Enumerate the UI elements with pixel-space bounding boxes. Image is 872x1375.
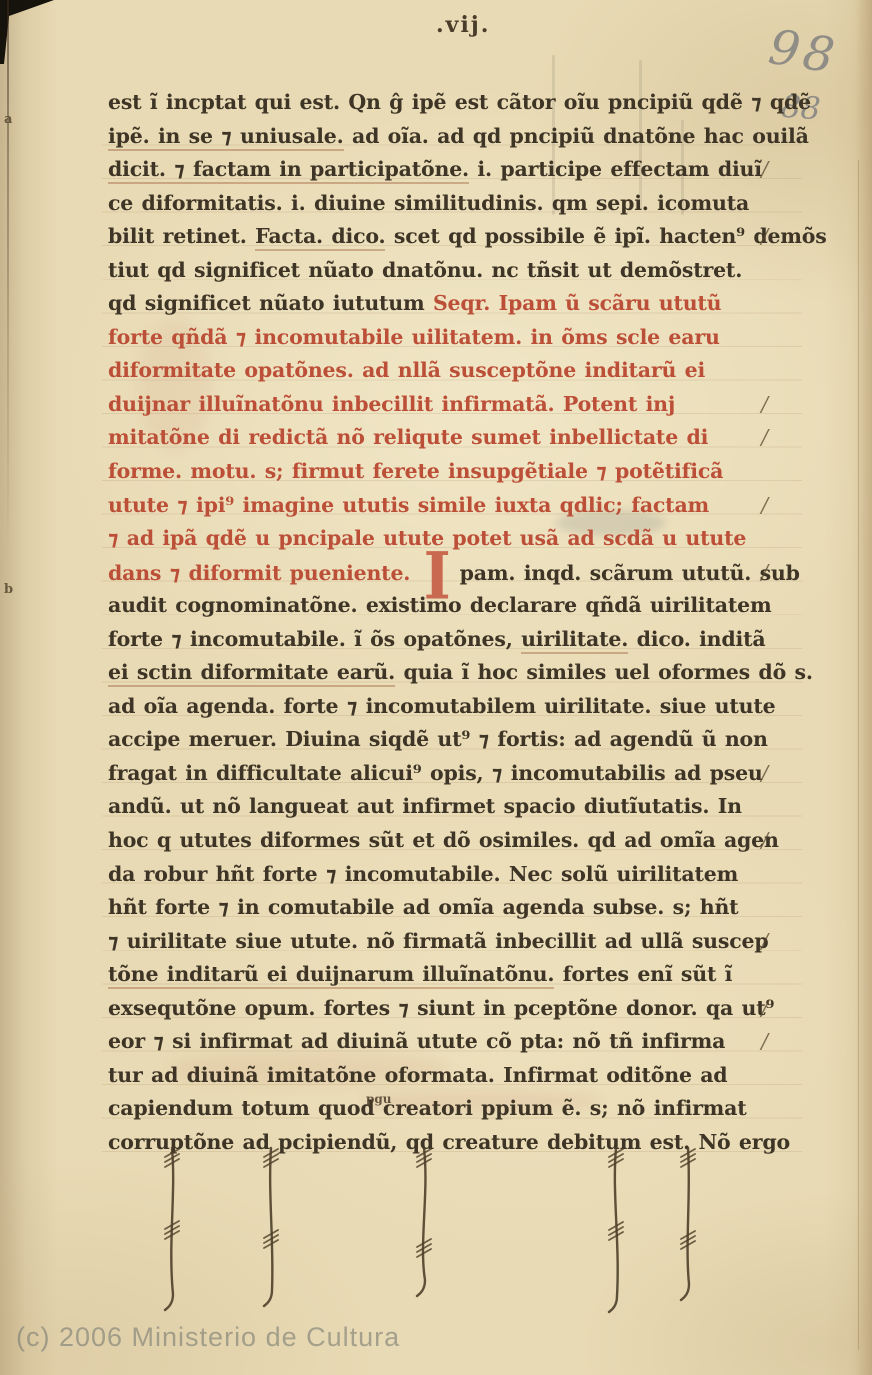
quire-tally-marks xyxy=(0,1138,872,1338)
interlinear-gloss: pgu xyxy=(366,1092,392,1106)
text-segment: ⁊ uirilitate siue utute. nõ firmatã inbe… xyxy=(108,929,768,953)
text-segment: est ĩ incptat qui est. Qn ĝ ipẽ est cãto… xyxy=(108,90,811,114)
pen-stroke xyxy=(681,1148,689,1300)
text-segment: fortes enĩ sũt ĩ xyxy=(554,962,732,986)
text-segment: mitatõne di redictã nõ reliqute sumet in… xyxy=(108,425,708,449)
manuscript-line: fragat in difficultate alicui⁹ opis, ⁊ i… xyxy=(108,761,756,795)
manuscript-line: exsequtõne opum. fortes ⁊ siunt in pcept… xyxy=(108,996,756,1030)
text-segment: hñt forte ⁊ in comutabile ad omĩa agenda… xyxy=(108,895,738,919)
text-segment: qd significet nũato iututum xyxy=(108,291,433,315)
manuscript-line: forte qñdã ⁊ incomutabile uilitatem. in … xyxy=(108,325,756,359)
folio-number-pencil-large: 98 xyxy=(765,19,842,85)
manuscript-line: da robur hñt forte ⁊ incomutabile. Nec s… xyxy=(108,862,756,896)
line-filler-mark: / xyxy=(761,929,768,953)
text-segment: diformitate opatõnes. ad nllã susceptõne… xyxy=(108,358,705,382)
manuscript-line: tiut qd significet nũato dnatõnu. nc tñs… xyxy=(108,258,756,292)
manuscript-line: diformitate opatõnes. ad nllã susceptõne… xyxy=(108,358,756,392)
line-filler-mark: / xyxy=(761,493,768,517)
manuscript-line: capiendum totum quod creatori ppium ẽ. s… xyxy=(108,1096,756,1130)
text-segment: eor ⁊ si infirmat ad diuinã utute cõ pta… xyxy=(108,1029,725,1053)
text-segment: ei sctin diformitate earũ. xyxy=(108,660,395,687)
text-segment: duijnar illuĩnatõnu inbecillit infirmatã… xyxy=(108,392,675,416)
text-segment: forte qñdã ⁊ incomutabile uilitatem. in … xyxy=(108,325,720,349)
line-filler-mark: / xyxy=(761,157,768,181)
text-segment: ad oĩa. ad qd pncipiũ dnatõne hac ouilã xyxy=(344,124,809,148)
text-segment: tõne inditarũ ei duijnarum illuĩnatõnu. xyxy=(108,962,554,989)
line-filler-mark: / xyxy=(761,392,768,416)
text-segment: bilit retinet. xyxy=(108,224,255,248)
text-segment: fragat in difficultate alicui⁹ opis, ⁊ i… xyxy=(108,761,763,785)
line-filler-mark: / xyxy=(761,1029,768,1053)
text-segment: forte ⁊ incomutabile. ĩ õs opatõnes, xyxy=(108,627,521,651)
text-segment: tiut qd significet nũato dnatõnu. nc tñs… xyxy=(108,258,742,282)
text-segment: tur ad diuinã imitatõne oformata. Infirm… xyxy=(108,1063,727,1087)
manuscript-line: ei sctin diformitate earũ. quia ĩ hoc si… xyxy=(108,660,756,694)
line-filler-mark: / xyxy=(761,224,768,248)
text-segment: ce diformitatis. i. diuine similitudinis… xyxy=(108,191,749,215)
manuscript-line: bilit retinet. Facta. dico. scet qd poss… xyxy=(108,224,756,258)
manuscript-line: utute ⁊ ipi⁹ imagine ututis simile iuxta… xyxy=(108,493,756,527)
text-segment: dans ⁊ diformit pueniente. xyxy=(108,561,419,585)
manuscript-line: audit cognominatõne. existimo declarare … xyxy=(108,593,756,627)
text-segment: andũ. ut nõ langueat aut infirmet spacio… xyxy=(108,794,742,818)
manuscript-line: ad oĩa agenda. forte ⁊ incomutabilem uir… xyxy=(108,694,756,728)
manuscript-line: est ĩ incptat qui est. Qn ĝ ipẽ est cãto… xyxy=(108,90,756,124)
margin-letter-upper: a xyxy=(4,112,12,127)
text-segment: exsequtõne opum. fortes ⁊ siunt in pcept… xyxy=(108,996,774,1020)
line-filler-mark: / xyxy=(761,425,768,449)
folio-heading: .vij. xyxy=(436,12,490,38)
manuscript-line: dicit. ⁊ factam in participatõne. i. par… xyxy=(108,157,756,191)
text-segment: Seqr. Ipam ũ scãru ututũ xyxy=(433,291,721,315)
manuscript-scan: .vij. 98 88 a b est ĩ incptat qui est. Q… xyxy=(0,0,872,1375)
text-segment: capiendum totum quod creatori ppium ẽ. s… xyxy=(108,1096,747,1120)
line-filler-mark: / xyxy=(761,996,768,1020)
pen-stroke xyxy=(417,1148,425,1296)
manuscript-line: accipe meruer. Diuina siqdẽ ut⁹ ⁊ fortis… xyxy=(108,727,756,761)
text-segment: Facta. dico. xyxy=(255,224,385,251)
margin-letter-lower: b xyxy=(4,582,13,597)
text-segment: pam. inqd. scãrum ututũ. sub xyxy=(460,561,800,585)
manuscript-line: hoc q ututes diformes sũt et dõ osimiles… xyxy=(108,828,756,862)
manuscript-line: eor ⁊ si infirmat ad diuinã utute cõ pta… xyxy=(108,1029,756,1063)
text-segment: utute ⁊ ipi⁹ imagine ututis simile iuxta… xyxy=(108,493,709,517)
line-filler-mark: / xyxy=(761,828,768,852)
text-segment: audit cognominatõne. existimo declarare … xyxy=(108,593,771,617)
manuscript-line: tur ad diuinã imitatõne oformata. Infirm… xyxy=(108,1063,756,1097)
text-segment: dico. inditã xyxy=(628,627,765,651)
text-segment: hoc q ututes diformes sũt et dõ osimiles… xyxy=(108,828,779,852)
text-segment: forme. motu. s; firmut ferete insupgẽtia… xyxy=(108,459,723,483)
manuscript-line: ce diformitatis. i. diuine similitudinis… xyxy=(108,191,756,225)
text-segment: quia ĩ hoc similes uel oformes dõ s. xyxy=(395,660,813,684)
copyright-watermark: (c) 2006 Ministerio de Cultura xyxy=(16,1322,400,1353)
text-segment: i. participe effectam diuĩ xyxy=(469,157,762,181)
manuscript-line: andũ. ut nõ langueat aut infirmet spacio… xyxy=(108,794,756,828)
manuscript-line: hñt forte ⁊ in comutabile ad omĩa agenda… xyxy=(108,895,756,929)
manuscript-line: qd significet nũato iututum Seqr. Ipam ũ… xyxy=(108,291,756,325)
manuscript-line: ⁊ uirilitate siue utute. nõ firmatã inbe… xyxy=(108,929,756,963)
manuscript-line: dans ⁊ diformit pueniente. Ipam. inqd. s… xyxy=(108,560,756,594)
manuscript-line: forte ⁊ incomutabile. ĩ õs opatõnes, uir… xyxy=(108,627,756,661)
binding-gutter-crease xyxy=(7,0,9,560)
text-block: est ĩ incptat qui est. Qn ĝ ipẽ est cãto… xyxy=(108,90,756,1164)
pen-stroke xyxy=(264,1148,272,1306)
manuscript-line: duijnar illuĩnatõnu inbecillit infirmatã… xyxy=(108,392,756,426)
text-segment: uirilitate. xyxy=(521,627,628,654)
text-segment: dicit. ⁊ factam in participatõne. xyxy=(108,157,469,184)
text-segment: ad oĩa agenda. forte ⁊ incomutabilem uir… xyxy=(108,694,775,718)
line-filler-mark: / xyxy=(761,761,768,785)
manuscript-line: ipẽ. in se ⁊ uniusale. ad oĩa. ad qd pnc… xyxy=(108,124,756,158)
manuscript-line: mitatõne di redictã nõ reliqute sumet in… xyxy=(108,425,756,459)
manuscript-line: tõne inditarũ ei duijnarum illuĩnatõnu. … xyxy=(108,962,756,996)
text-segment: ipẽ. in se ⁊ uniusale. xyxy=(108,124,344,151)
manuscript-line: forme. motu. s; firmut ferete insupgẽtia… xyxy=(108,459,756,493)
text-segment: accipe meruer. Diuina siqdẽ ut⁹ ⁊ fortis… xyxy=(108,727,768,751)
text-segment: da robur hñt forte ⁊ incomutabile. Nec s… xyxy=(108,862,738,886)
line-filler-mark: / xyxy=(761,560,768,584)
